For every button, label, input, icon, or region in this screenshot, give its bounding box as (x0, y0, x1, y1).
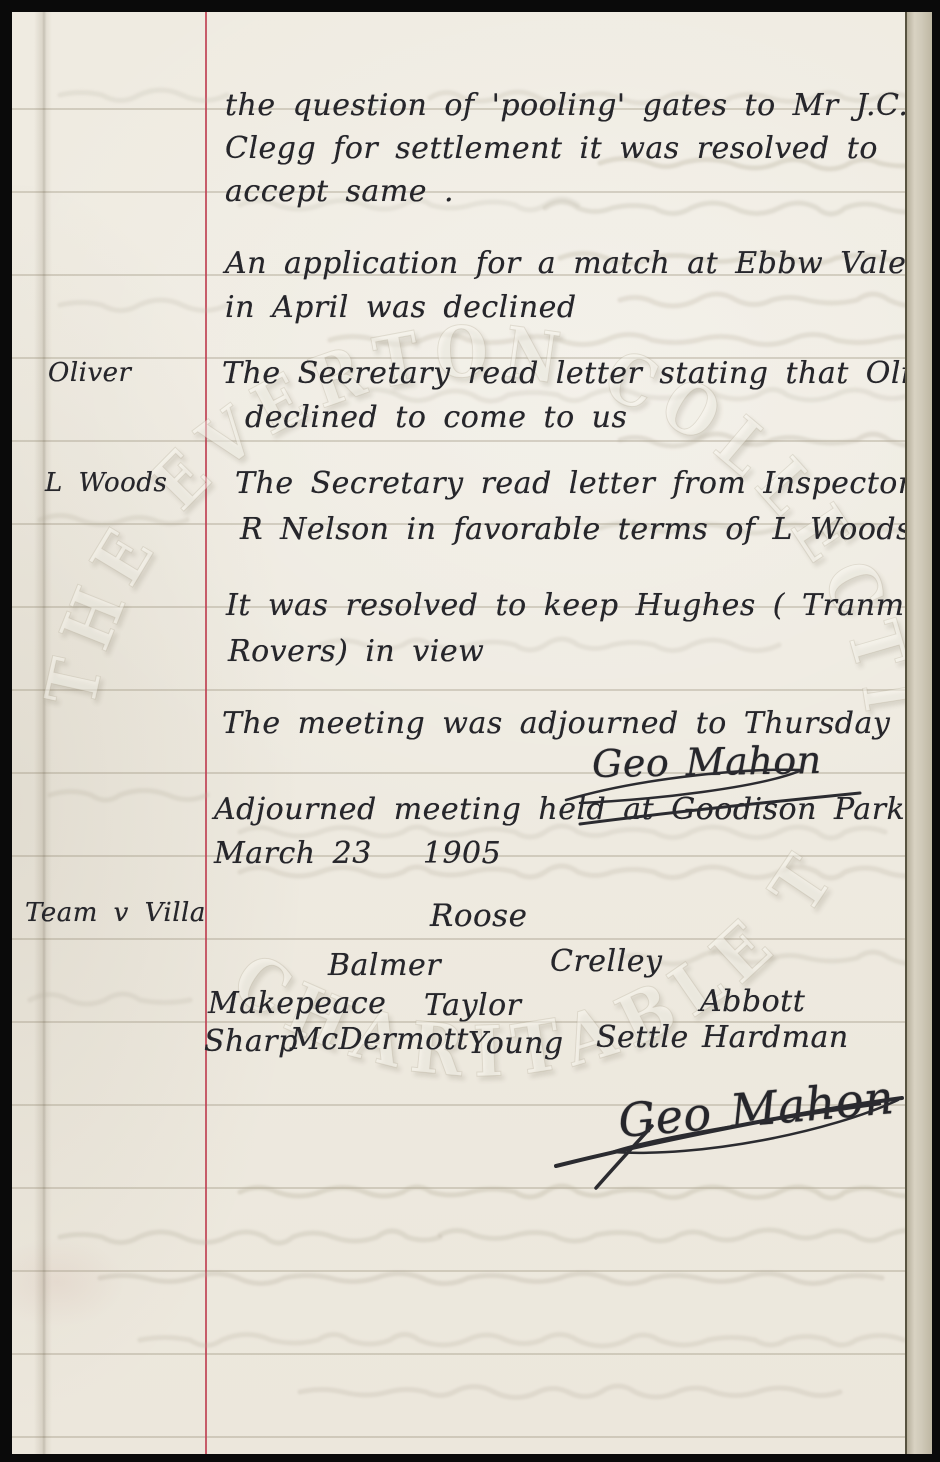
underlying-page-edge (905, 12, 932, 1454)
minute-book-photograph: THE EVERTON COLLECTION CHARITABLE TRUST … (0, 0, 940, 1462)
signature-cross-stroke (596, 1126, 652, 1188)
strike-through-line (580, 793, 860, 824)
signature-underline-flourish (566, 770, 802, 803)
ink-flourishes (12, 12, 905, 1454)
ledger-page: THE EVERTON COLLECTION CHARITABLE TRUST … (12, 12, 905, 1454)
